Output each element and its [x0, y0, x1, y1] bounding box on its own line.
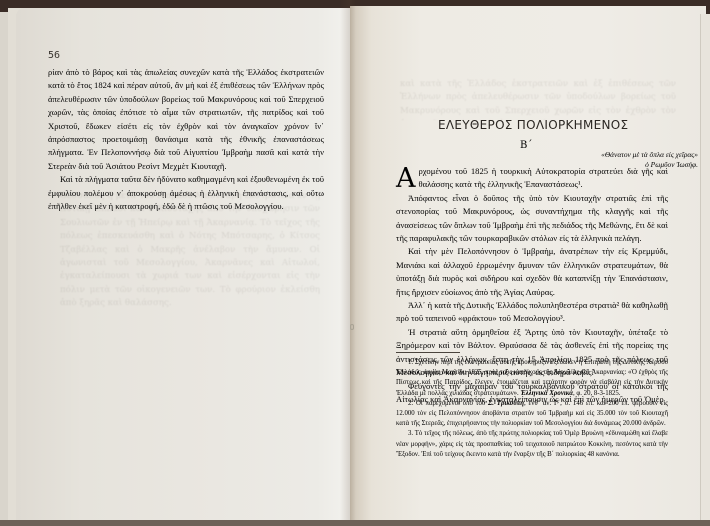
footnote-divider: [396, 352, 460, 353]
right-paragraph-2: Ἀπόφαντος εἶναι ὁ δοῦπος τῆς ὑπὸ τὸν Κιο…: [396, 192, 668, 246]
right-paragraph-4: Ἀλλ᾽ ἡ κατὰ τῆς Δυτικῆς Ἑλλάδος πολυπληθ…: [396, 299, 668, 326]
footnote-source: Ἑλληνικὰ Χρονικά: [520, 390, 573, 397]
footnotes: 1. Σχετικὴν περὶ τῆς ἐκστρατείας αὐτῆς π…: [396, 358, 668, 460]
book-gutter: [340, 0, 356, 526]
left-paragraph-2: Καὶ τὰ πλήγματα ταῦτα δὲν ἠδύνατο καθημα…: [48, 173, 324, 213]
left-page-body: ρίαν ἀπὸ τὸ βάρος καὶ τὰς ἀπωλείας συνεχ…: [48, 66, 324, 213]
footnote-3: 3. Τὸ τεῖχος τῆς πόλεως, ἀπὸ τῆς πρώτης …: [396, 429, 668, 460]
right-paragraph-1: Αρχομένου τοῦ 1825 ἡ τουρκικὴ Αὐτοκρατορ…: [396, 165, 668, 192]
footnote-1: 1. Σχετικὴν περὶ τῆς ἐκστρατείας αὐτῆς π…: [396, 358, 668, 399]
epigraph-quote: «Θάνατον μὲ τὰ ὅπλα εἰς χεῖρας»: [510, 150, 698, 160]
footnote-2: 2. Οἱ παρεχόμενοι ὑπὸ τοῦ Σ. Τρικούπη, ἔ…: [396, 399, 668, 430]
chapter-title: ΕΛΕΥΘΕΡΟΣ ΠΟΛΙΟΡΚΗΜΕΝΟΣ: [438, 118, 658, 132]
footnote-source: Σ. Τρικούπη: [488, 400, 524, 407]
show-through-text-right: καὶ κατὰ τῆς Ἑλλάδος ἐκστρατειῶν καὶ ἐξ …: [400, 78, 676, 120]
right-page-stack-edge: [700, 14, 710, 526]
open-book-photo: 56 Θεσσαλὸς ἡ μετὰ τοῦ Μαρκοῦ Μπότσαρη ἐ…: [0, 0, 710, 526]
left-paragraph-1: ρίαν ἀπὸ τὸ βάρος καὶ τὰς ἀπωλείας συνεχ…: [48, 66, 324, 173]
show-through-text-left: Θεσσαλὸς ἡ μετὰ τοῦ Μαρκοῦ Μπότσαρη ἐκστ…: [60, 190, 320, 450]
drop-cap: Α: [396, 167, 416, 191]
right-paragraph-3: Καὶ τὴν μὲν Πελοπόννησον ὁ Ἰμβραὴμ, ἀνατ…: [396, 245, 668, 299]
binding-thread: [350, 324, 354, 330]
page-number: 56: [48, 50, 60, 61]
table-surface: [0, 520, 710, 526]
